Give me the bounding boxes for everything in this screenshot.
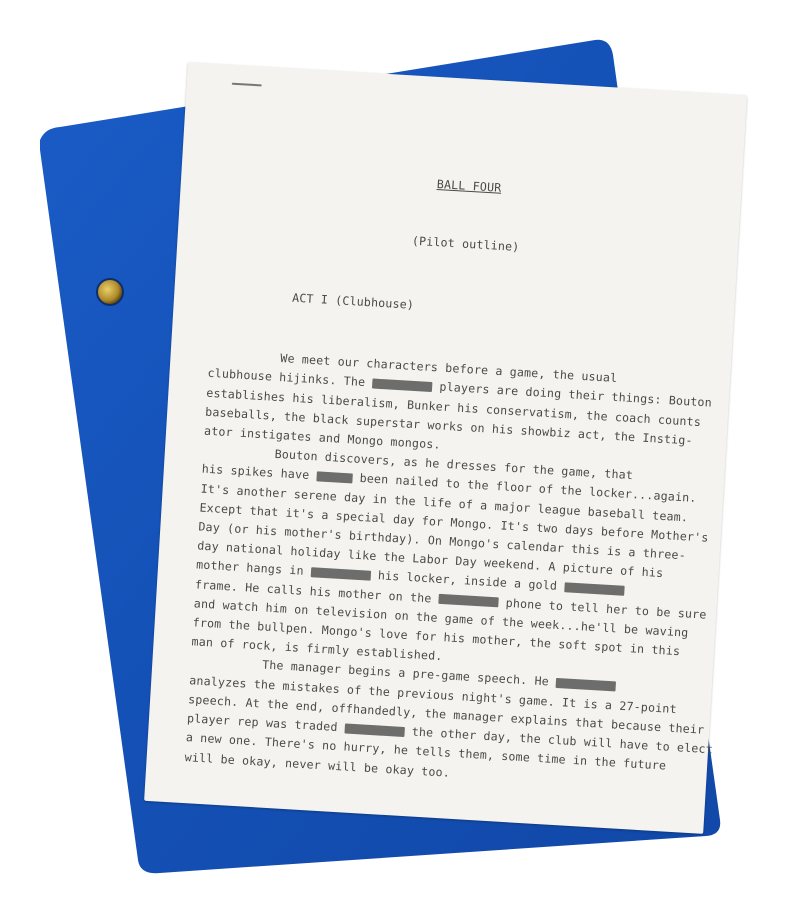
typewritten-page: BALL FOUR (Pilot outline) ACT I (Clubhou… — [144, 62, 747, 834]
document-body: BALL FOUR (Pilot outline) ACT I (Clubhou… — [182, 124, 722, 835]
document-subtitle: (Pilot outline) — [216, 220, 716, 269]
document-title: BALL FOUR — [219, 162, 719, 211]
redaction-mark — [311, 567, 371, 581]
section-heading: ACT I (Clubhouse) — [212, 283, 712, 332]
staple-icon — [232, 83, 262, 87]
redaction-mark — [556, 678, 616, 692]
redaction-mark — [438, 594, 498, 608]
redaction-mark — [372, 378, 432, 392]
redaction-mark — [316, 471, 353, 483]
redaction-mark — [564, 582, 624, 596]
snap-button-icon — [97, 279, 123, 305]
redaction-mark — [344, 723, 404, 737]
document-lines: We meet our characters before a game, th… — [184, 345, 708, 796]
